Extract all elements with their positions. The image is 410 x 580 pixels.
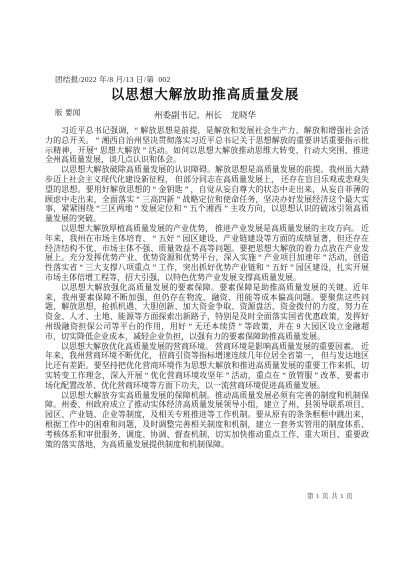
body-paragraph: 以思想大解放夯实高质量发展的保障机制。推动高质量发展必须有完善的制度和机制保障。… (45, 391, 369, 450)
document-page: 团结报/2022 年/8 月/13 日/第 002 版 要闻 以思想大解放助推高… (0, 0, 410, 580)
article-title: 以思想大解放助推高质量发展 (0, 83, 410, 103)
page-number: 第 1 页 共 1 页 (307, 491, 353, 500)
body-paragraph: 以思想大解放破除高质量发展的认识障碍。解放思想是高质量发展的前提。我州虽大踏步迈… (45, 165, 369, 224)
body-paragraph: 习近平总书记强调，“ 解放思想是前提，是解放和发展社会生产力、解放和增强社会活力… (45, 126, 369, 165)
body-paragraph: 以思想大解放优化高质量发展的营商环境。 营商环境是影响高质量发展的重要因素。 近… (45, 342, 369, 391)
body-paragraph: 以思想大解放厚植高质量发展的产业优势， 推进产业发展是高质量发展的主攻方向。 近… (45, 224, 369, 283)
article-body: 习近平总书记强调，“ 解放思想是前提，是解放和发展社会生产力、解放和增强社会活力… (45, 126, 369, 449)
article-byline: 州委副书记、州长 龙晓华 (0, 109, 410, 121)
body-paragraph: 以思想大解放强化高质量发展的要素保障。要素保障是助推高质量发展的关键。近年来，我… (45, 283, 369, 342)
